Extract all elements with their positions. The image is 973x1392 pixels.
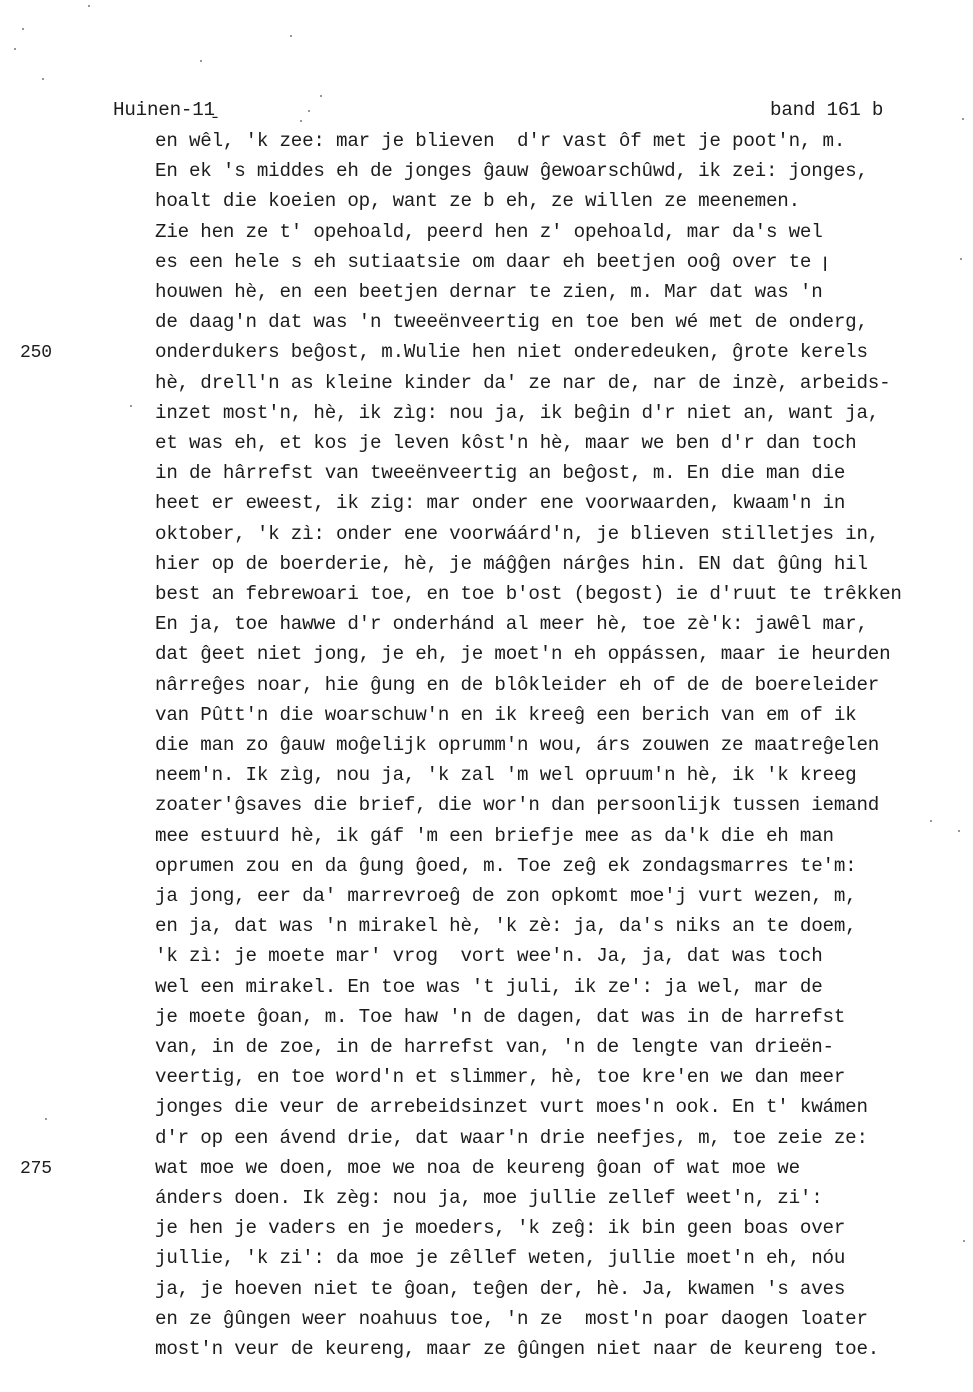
tape-reference: band 161 b (770, 101, 883, 120)
transcript-line: ánders doen. Ik zèg: nou ja, moe jullie … (155, 1189, 823, 1208)
transcript-line: wat moe we doen, moe we noa de keureng ĝ… (155, 1159, 800, 1178)
transcript-line: onderdukers beĝost, m.Wulie hen niet ond… (155, 343, 868, 362)
transcript-line: en ze ĝûngen weer noahuus toe, 'n ze mos… (155, 1310, 868, 1329)
scan-speck (130, 405, 132, 407)
transcript-line: van Pûtt'n die woarschuw'n en ik kreeĝ e… (155, 706, 857, 725)
margin-line-number: 250 (20, 344, 52, 362)
transcript-line: zoater'ĝsaves die brief, die wor'n dan p… (155, 796, 879, 815)
scan-speck (45, 1118, 47, 1120)
transcript-line: En ek 's middes eh de jonges ĝauw ĝewoar… (155, 162, 868, 181)
typewritten-page: Huinen-11̱ band 161 b en wêl, 'k zee: ma… (0, 0, 973, 1392)
scan-speck (88, 5, 90, 7)
transcript-line: die man zo ĝauw moĝelijk oprumm'n wou, á… (155, 736, 879, 755)
transcript-line: es een hele s eh sutiaatsie om daar eh b… (155, 253, 828, 272)
transcript-line: en wêl, 'k zee: mar je blieven d'r vast … (155, 132, 845, 151)
scan-speck (290, 35, 292, 37)
scan-speck (958, 830, 960, 832)
transcript-line: de daag'n dat was 'n tweeënveertig en to… (155, 313, 868, 332)
transcript-line: oprumen zou en da ĝung ĝoed, m. Toe zeĝ … (155, 857, 857, 876)
transcript-line: En ja, toe hawwe d'r onderhánd al meer h… (155, 615, 868, 634)
transcript-line: et was eh, et kos je leven kôst'n hè, ma… (155, 434, 857, 453)
scan-speck (963, 1240, 965, 1242)
transcript-line: van, in de zoe, in de harrefst van, 'n d… (155, 1038, 834, 1057)
scan-speck (200, 60, 202, 62)
transcript-line: heet er eweest, ik zig: mar onder ene vo… (155, 494, 845, 513)
transcript-line: je hen je vaders en je moeders, 'k zeĝ: … (155, 1219, 845, 1238)
transcript-line: mee estuurd hè, ik gáf 'm een briefje me… (155, 827, 834, 846)
transcript-line: houwen hè, en een beetjen dernar te zien… (155, 283, 823, 302)
scan-speck (14, 48, 16, 50)
transcript-line: nârreĝes noar, hie ĝung en de blôkleider… (155, 676, 879, 695)
scan-speck (300, 120, 302, 122)
transcript-line: in de hârrefst van tweeënveertig an beĝo… (155, 464, 845, 483)
transcript-line: Zie hen ze t' opehoald, peerd hen z' ope… (155, 223, 823, 242)
scan-speck (42, 78, 44, 80)
transcript-line: oktober, 'k zì: onder ene voorwáárd'n, j… (155, 525, 879, 544)
transcript-line: d'r op een ávend drie, dat waar'n drie n… (155, 1129, 868, 1148)
transcript-line: hè, drell'n as kleine kinder da' ze nar … (155, 374, 890, 393)
transcript-line: veertig, en toe word'n et slimmer, hè, t… (155, 1068, 845, 1087)
scan-speck (960, 258, 962, 260)
transcript-line: inzet most'n, hè, ik zìg: nou ja, ik beĝ… (155, 404, 879, 423)
transcript-line: neem'n. Ik zìg, nou ja, 'k zal 'm wel op… (155, 766, 857, 785)
document-id: Huinen-11̱ (113, 101, 215, 120)
scan-speck (308, 110, 310, 112)
scan-speck (22, 28, 24, 30)
scan-speck (930, 820, 932, 822)
transcript-line: ja, je hoeven niet te ĝoan, teĝen der, h… (155, 1280, 845, 1299)
margin-line-number: 275 (20, 1160, 52, 1178)
scan-speck (962, 118, 964, 120)
transcript-line: wel een mirakel. En toe was 't juli, ik … (155, 978, 823, 997)
transcript-line: most'n veur de keureng, maar ze ĝûngen n… (155, 1340, 879, 1359)
transcript-line: hier op de boerderie, hè, je máĝĝen nárĝ… (155, 555, 868, 574)
transcript-line: je moete ĝoan, m. Toe haw 'n de dagen, d… (155, 1008, 845, 1027)
transcript-line: ja jong, eer da' marrevroeĝ de zon opkom… (155, 887, 857, 906)
transcript-line: 'k zì: je moete mar' vrog vort wee'n. Ja… (155, 947, 823, 966)
transcript-line: en ja, dat was 'n mirakel hè, 'k zè: ja,… (155, 917, 857, 936)
transcript-line: dat ĝeet niet jong, je eh, je moet'n eh … (155, 645, 890, 664)
transcript-line: jullie, 'k zi': da moe je zêllef weten, … (155, 1249, 845, 1268)
scan-speck (320, 95, 322, 97)
transcript-line: hoalt die koeien op, want ze b eh, ze wi… (155, 192, 800, 211)
transcript-line: jonges die veur de arrebeidsinzet vurt m… (155, 1098, 868, 1117)
transcript-line: best an febrewoari toe, en toe b'ost (be… (155, 585, 902, 604)
